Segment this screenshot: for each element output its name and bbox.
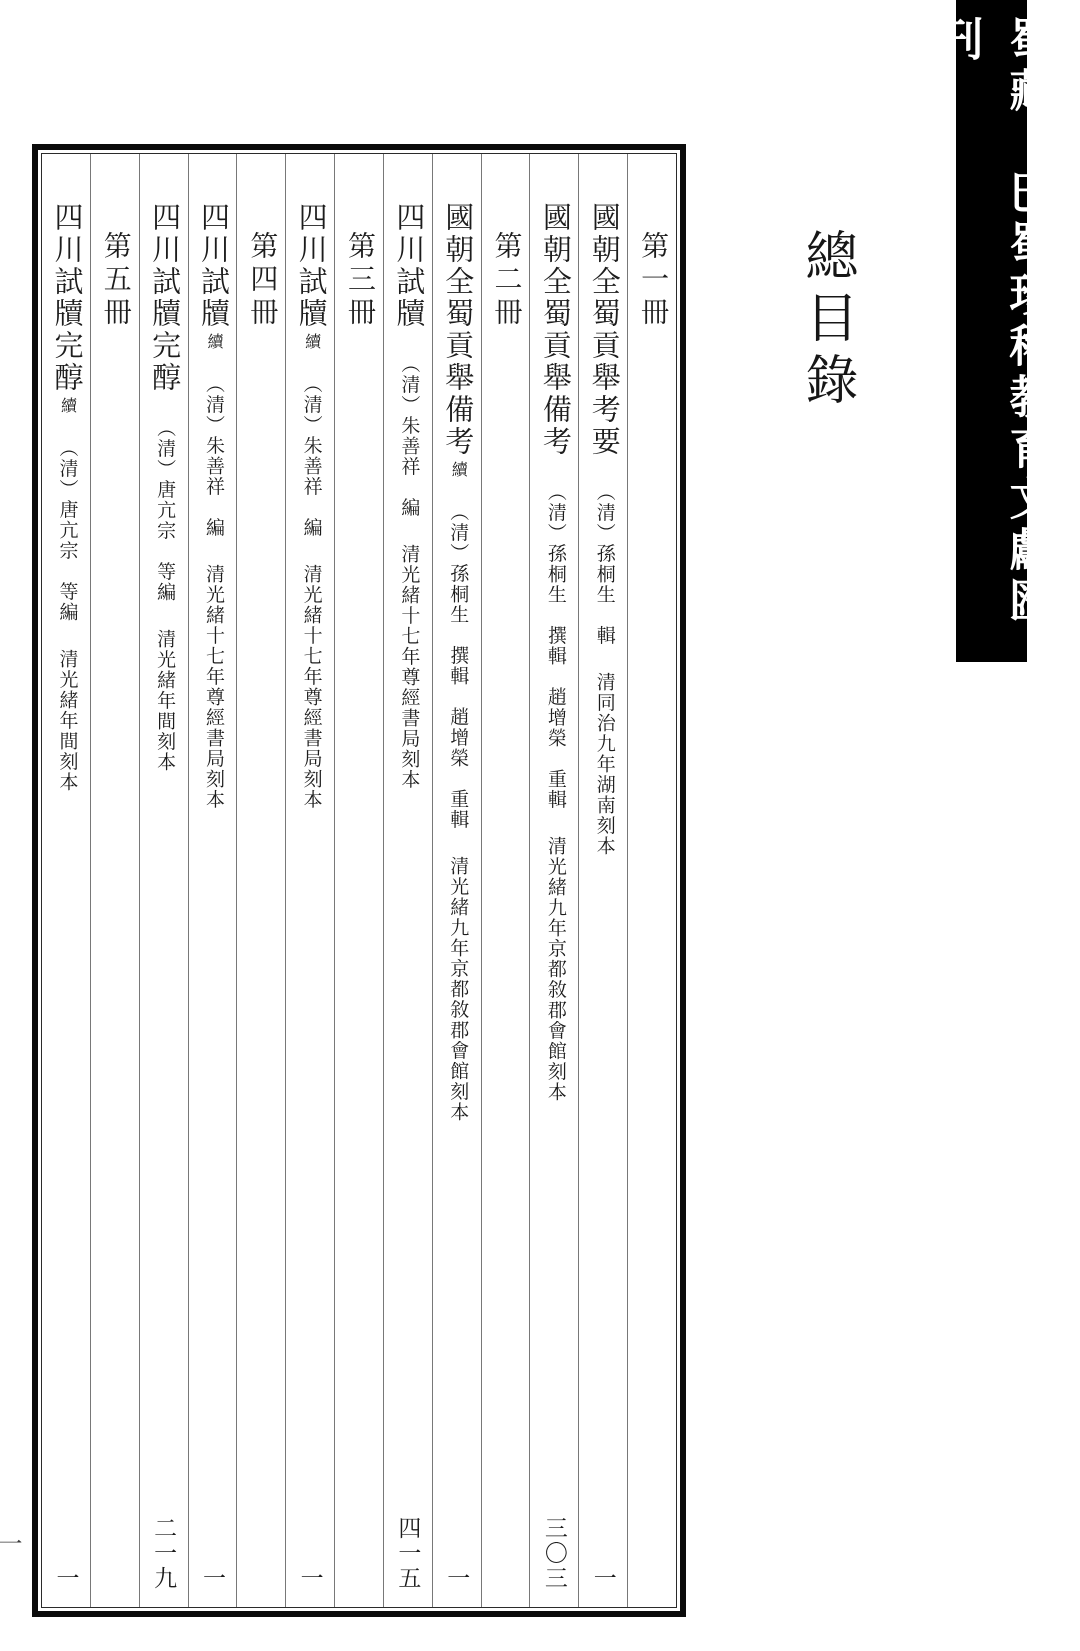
entry-page-number: 一 xyxy=(299,1566,322,1591)
entry-page-number: 二一九 xyxy=(152,1516,175,1591)
book-page: 蜀藏・巴蜀珍稀教育文獻匯刊 總目錄 第一冊國朝全蜀貢舉考要（清）孫桐生 輯清同治… xyxy=(0,0,1080,1651)
entry-title: 四川試牘 xyxy=(392,202,424,330)
volume-label: 第一冊 xyxy=(638,231,666,330)
entry-author: （清）孫桐生 撰輯 趙增榮 重輯 xyxy=(447,502,468,830)
entry-text: 國朝全蜀貢舉備考續（清）孫桐生 撰輯 趙增榮 重輯清光緒九年京都敘郡會館刻本 xyxy=(442,202,471,1123)
toc-volume-column: 第五冊 xyxy=(90,154,139,1607)
entry-page-number: 四一五 xyxy=(396,1516,419,1591)
series-banner: 蜀藏・巴蜀珍稀教育文獻匯刊 xyxy=(956,0,1027,662)
volume-label: 第四冊 xyxy=(247,231,275,330)
toc-volume-column: 第三冊 xyxy=(334,154,383,1607)
toc-volume-column: 第一冊 xyxy=(627,154,676,1607)
entry-page-number: 一 xyxy=(54,1566,77,1591)
entry-title: 四川試牘 xyxy=(295,202,327,330)
entry-author: （清）朱善祥 編 xyxy=(301,374,322,538)
entry-page-number: 一 xyxy=(592,1566,615,1591)
entry-title: 國朝全蜀貢舉備考 xyxy=(539,202,571,458)
entry-author: （清）孫桐生 輯 xyxy=(594,482,615,646)
toc-entry-column: 四川試牘續（清）朱善祥 編清光緒十七年尊經書局刻本一 xyxy=(188,154,237,1607)
entry-annotation: 續 xyxy=(58,397,75,414)
entry-page-number: 一 xyxy=(201,1566,224,1591)
entry-author: （清）孫桐生 撰輯 趙增榮 重輯 xyxy=(545,482,566,810)
volume-label: 第二冊 xyxy=(492,231,520,330)
entry-text: 國朝全蜀貢舉考要（清）孫桐生 輯清同治九年湖南刻本 xyxy=(589,202,618,857)
entry-edition: 清光緒年間刻本 xyxy=(56,649,77,793)
series-title: 蜀藏・巴蜀珍稀教育文獻匯刊 xyxy=(921,0,1063,662)
entry-edition: 清光緒十七年尊經書局刻本 xyxy=(301,564,322,810)
entry-page-number: 一 xyxy=(445,1566,468,1591)
entry-title: 四川試牘完醇 xyxy=(148,202,180,394)
entry-author: （清）朱善祥 編 xyxy=(398,354,419,518)
volume-label: 第三冊 xyxy=(345,231,373,330)
entry-annotation: 續 xyxy=(205,333,222,350)
entry-page-number: 三〇三 xyxy=(543,1516,566,1591)
toc-entry-column: 四川試牘續（清）朱善祥 編清光緒十七年尊經書局刻本一 xyxy=(285,154,334,1607)
toc-entry-column: 四川試牘（清）朱善祥 編清光緒十七年尊經書局刻本四一五 xyxy=(383,154,432,1607)
folio-number: 一 xyxy=(0,1531,19,1555)
entry-edition: 清光緒九年京都敘郡會館刻本 xyxy=(447,856,468,1123)
entry-title: 四川試牘完醇 xyxy=(50,202,82,394)
toc-entry-column: 四川試牘完醇續（清）唐亢宗 等編清光緒年間刻本一 xyxy=(42,154,90,1607)
toc-volume-column: 第二冊 xyxy=(481,154,530,1607)
entry-text: 國朝全蜀貢舉備考（清）孫桐生 撰輯 趙增榮 重輯清光緒九年京都敘郡會館刻本 xyxy=(540,202,569,1103)
volume-label: 第五冊 xyxy=(101,231,129,330)
entry-annotation: 續 xyxy=(449,461,466,478)
entry-edition: 清光緒十七年尊經書局刻本 xyxy=(398,544,419,790)
page-title: 總目錄 xyxy=(797,228,857,414)
toc-volume-column: 第四冊 xyxy=(236,154,285,1607)
entry-text: 四川試牘續（清）朱善祥 編清光緒十七年尊經書局刻本 xyxy=(198,202,227,810)
toc-entry-column: 四川試牘完醇（清）唐亢宗 等編清光緒年間刻本二一九 xyxy=(139,154,188,1607)
toc-entry-column: 國朝全蜀貢舉備考續（清）孫桐生 撰輯 趙增榮 重輯清光緒九年京都敘郡會館刻本一 xyxy=(432,154,481,1607)
entry-author: （清）唐亢宗 等編 xyxy=(154,418,175,603)
toc-entry-column: 國朝全蜀貢舉考要（清）孫桐生 輯清同治九年湖南刻本一 xyxy=(578,154,627,1607)
entry-title: 國朝全蜀貢舉考要 xyxy=(588,202,620,458)
toc-frame: 第一冊國朝全蜀貢舉考要（清）孫桐生 輯清同治九年湖南刻本一國朝全蜀貢舉備考（清）… xyxy=(32,144,686,1617)
entry-edition: 清同治九年湖南刻本 xyxy=(594,672,615,857)
entry-title: 國朝全蜀貢舉備考 xyxy=(441,202,473,458)
entry-text: 四川試牘（清）朱善祥 編清光緒十七年尊經書局刻本 xyxy=(393,202,422,790)
entry-edition: 清光緒十七年尊經書局刻本 xyxy=(203,564,224,810)
entry-edition: 清光緒年間刻本 xyxy=(154,629,175,773)
entry-author: （清）唐亢宗 等編 xyxy=(56,438,77,623)
toc-columns: 第一冊國朝全蜀貢舉考要（清）孫桐生 輯清同治九年湖南刻本一國朝全蜀貢舉備考（清）… xyxy=(41,153,677,1608)
entry-text: 四川試牘完醇（清）唐亢宗 等編清光緒年間刻本 xyxy=(149,202,178,772)
toc-entry-column: 國朝全蜀貢舉備考（清）孫桐生 撰輯 趙增榮 重輯清光緒九年京都敘郡會館刻本三〇三 xyxy=(529,154,578,1607)
entry-edition: 清光緒九年京都敘郡會館刻本 xyxy=(545,836,566,1103)
entry-title: 四川試牘 xyxy=(197,202,229,330)
entry-annotation: 續 xyxy=(303,333,320,350)
entry-author: （清）朱善祥 編 xyxy=(203,374,224,538)
entry-text: 四川試牘完醇續（清）唐亢宗 等編清光緒年間刻本 xyxy=(51,202,80,792)
entry-text: 四川試牘續（清）朱善祥 編清光緒十七年尊經書局刻本 xyxy=(296,202,325,810)
